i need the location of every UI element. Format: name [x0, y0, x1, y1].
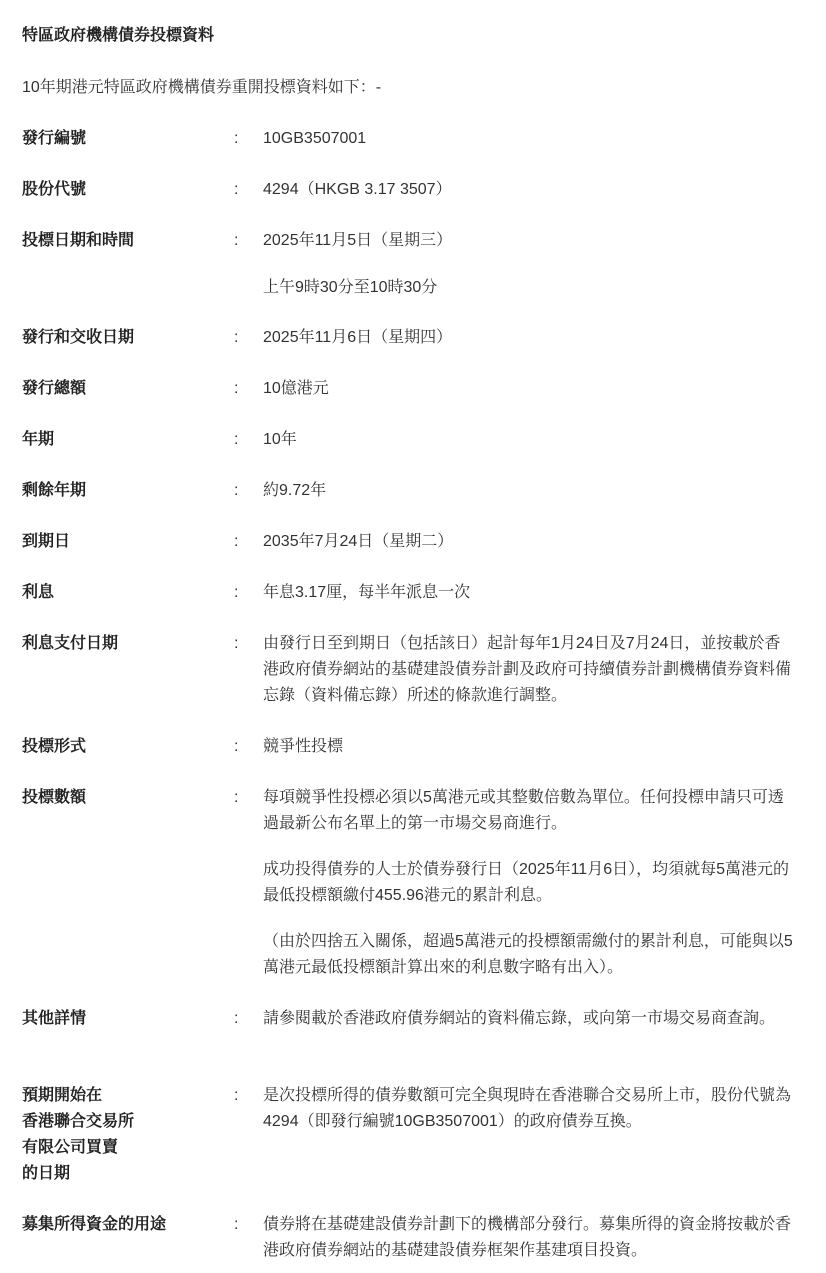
row-value: 10億港元	[263, 376, 793, 402]
row-label: 發行總額	[22, 376, 222, 402]
row-label: 投標日期和時間	[22, 228, 222, 254]
row-value: 2025年11月6日（星期四）	[263, 325, 793, 351]
row-label: 利息	[22, 580, 222, 606]
separator: :	[234, 1006, 238, 1032]
row-label: 剩餘年期	[22, 478, 222, 504]
row-label: 到期日	[22, 529, 222, 555]
separator: :	[234, 785, 238, 811]
row-value: 每項競爭性投標必須以5萬港元或其整數倍數為單位。任何投標申請只可透過最新公布名單…	[263, 785, 793, 981]
row-label: 預期開始在 香港聯合交易所 有限公司買賣 的日期	[22, 1083, 222, 1187]
row-value: 2025年11月5日（星期三） 上午9時30分至10時30分	[263, 228, 793, 301]
separator: :	[234, 228, 238, 254]
row-value: 10年	[263, 427, 793, 453]
row-label: 股份代號	[22, 177, 222, 203]
row-value: 競爭性投標	[263, 734, 793, 760]
row-value: 債券將在基礎建設債券計劃下的機構部分發行。募集所得的資金將按載於香港政府債券網站…	[263, 1212, 793, 1264]
separator: :	[234, 478, 238, 504]
separator: :	[234, 1083, 238, 1109]
row-label: 發行編號	[22, 126, 222, 152]
row-value: 請參閱載於香港政府債券網站的資料備忘錄，或向第一市場交易商查詢。	[263, 1006, 793, 1032]
separator: :	[234, 427, 238, 453]
separator: :	[234, 177, 238, 203]
row-value: 約9.72年	[263, 478, 793, 504]
row-label: 投標形式	[22, 734, 222, 760]
row-label: 利息支付日期	[22, 631, 222, 657]
row-value: 4294（HKGB 3.17 3507）	[263, 177, 793, 203]
separator: :	[234, 580, 238, 606]
row-label: 年期	[22, 427, 222, 453]
row-value: 10GB3507001	[263, 126, 793, 152]
separator: :	[234, 529, 238, 555]
separator: :	[234, 734, 238, 760]
separator: :	[234, 325, 238, 351]
separator: :	[234, 376, 238, 402]
page-title: 特區政府機構債券投標資料	[22, 25, 214, 47]
separator: :	[234, 631, 238, 657]
row-value: 年息3.17厘，每半年派息一次	[263, 580, 793, 606]
separator: :	[234, 1212, 238, 1238]
separator: :	[234, 126, 238, 152]
row-label: 發行和交收日期	[22, 325, 222, 351]
row-label: 其他詳情	[22, 1006, 222, 1032]
row-value: 由發行日至到期日（包括該日）起計每年1月24日及7月24日，並按載於香港政府債券…	[263, 631, 793, 709]
row-label: 募集所得資金的用途	[22, 1212, 222, 1238]
row-value: 是次投標所得的債券數額可完全與現時在香港聯合交易所上市，股份代號為4294（即發…	[263, 1083, 793, 1135]
row-label: 投標數額	[22, 785, 222, 811]
row-value: 2035年7月24日（星期二）	[263, 529, 793, 555]
intro-text: 10年期港元特區政府機構債券重開投標資料如下：-	[22, 77, 381, 99]
